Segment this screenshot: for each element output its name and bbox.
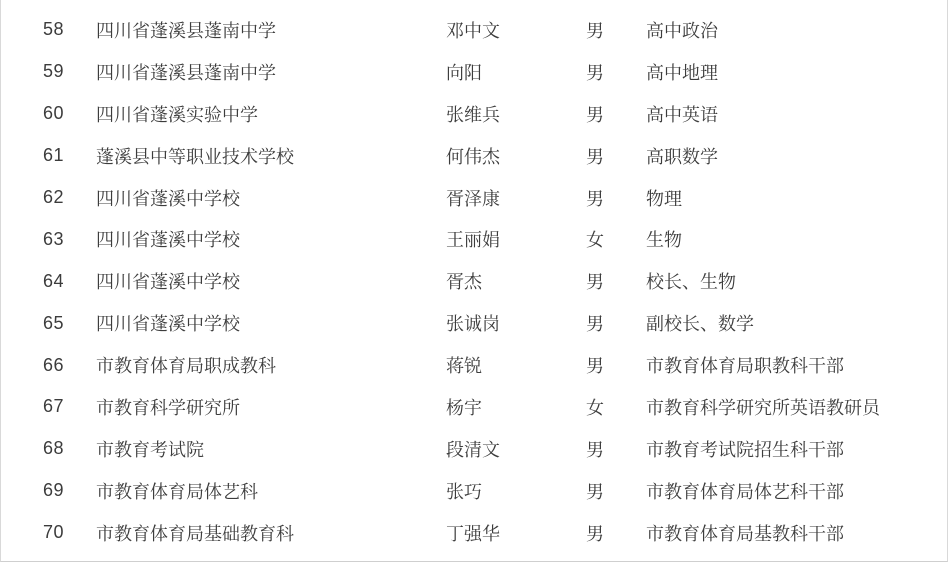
row-number-cell: 58 [43, 19, 96, 40]
gender-cell: 男 [586, 310, 646, 336]
row-number-cell: 59 [43, 61, 96, 82]
gender-cell: 男 [586, 436, 646, 462]
row-number-cell: 60 [43, 103, 96, 124]
table-row: 64 四川省蓬溪中学校 胥杰 男 校长、生物 [1, 260, 947, 302]
school-name-cell: 四川省蓬溪县蓬南中学 [96, 17, 446, 43]
table-row: 63 四川省蓬溪中学校 王丽娟 女 生物 [1, 218, 947, 260]
school-name-cell: 市教育科学研究所 [96, 394, 446, 420]
row-number-cell: 67 [43, 396, 96, 417]
roster-document-page: 58 四川省蓬溪县蓬南中学 邓中文 男 高中政治 59 四川省蓬溪县蓬南中学 向… [0, 0, 948, 562]
gender-cell: 男 [586, 185, 646, 211]
row-number-cell: 68 [43, 438, 96, 459]
school-name-cell: 四川省蓬溪中学校 [96, 310, 446, 336]
table-row: 66 市教育体育局职成教科 蒋锐 男 市教育体育局职教科干部 [1, 344, 947, 386]
row-number-cell: 61 [43, 145, 96, 166]
position-cell: 生物 [646, 226, 947, 252]
school-name-cell: 四川省蓬溪县蓬南中学 [96, 59, 446, 85]
position-cell: 市教育科学研究所英语教研员 [646, 394, 947, 420]
table-row: 68 市教育考试院 段清文 男 市教育考试院招生科干部 [1, 428, 947, 470]
gender-cell: 女 [586, 394, 646, 420]
position-cell: 校长、生物 [646, 268, 947, 294]
position-cell: 市教育考试院招生科干部 [646, 436, 947, 462]
gender-cell: 男 [586, 17, 646, 43]
row-number-cell: 62 [43, 187, 96, 208]
school-name-cell: 市教育考试院 [96, 436, 446, 462]
table-row: 67 市教育科学研究所 杨宇 女 市教育科学研究所英语教研员 [1, 386, 947, 428]
table-row: 59 四川省蓬溪县蓬南中学 向阳 男 高中地理 [1, 51, 947, 93]
gender-cell: 男 [586, 268, 646, 294]
table-row: 65 四川省蓬溪中学校 张诚岗 男 副校长、数学 [1, 302, 947, 344]
person-name-cell: 何伟杰 [446, 143, 586, 169]
gender-cell: 女 [586, 226, 646, 252]
row-number-cell: 63 [43, 229, 96, 250]
school-name-cell: 市教育体育局职成教科 [96, 352, 446, 378]
person-name-cell: 张巧 [446, 478, 586, 504]
position-cell: 高中英语 [646, 101, 947, 127]
position-cell: 高中政治 [646, 17, 947, 43]
position-cell: 高职数学 [646, 143, 947, 169]
position-cell: 市教育体育局职教科干部 [646, 352, 947, 378]
school-name-cell: 蓬溪县中等职业技术学校 [96, 143, 446, 169]
gender-cell: 男 [586, 143, 646, 169]
table-row: 58 四川省蓬溪县蓬南中学 邓中文 男 高中政治 [1, 9, 947, 51]
person-name-cell: 张维兵 [446, 101, 586, 127]
school-name-cell: 四川省蓬溪实验中学 [96, 101, 446, 127]
roster-table-body: 58 四川省蓬溪县蓬南中学 邓中文 男 高中政治 59 四川省蓬溪县蓬南中学 向… [1, 9, 947, 554]
school-name-cell: 市教育体育局基础教育科 [96, 520, 446, 546]
person-name-cell: 胥泽康 [446, 185, 586, 211]
row-number-cell: 70 [43, 522, 96, 543]
person-name-cell: 胥杰 [446, 268, 586, 294]
position-cell: 高中地理 [646, 59, 947, 85]
position-cell: 市教育体育局体艺科干部 [646, 478, 947, 504]
person-name-cell: 王丽娟 [446, 226, 586, 252]
person-name-cell: 杨宇 [446, 394, 586, 420]
table-row: 69 市教育体育局体艺科 张巧 男 市教育体育局体艺科干部 [1, 470, 947, 512]
person-name-cell: 邓中文 [446, 17, 586, 43]
school-name-cell: 四川省蓬溪中学校 [96, 226, 446, 252]
person-name-cell: 向阳 [446, 59, 586, 85]
gender-cell: 男 [586, 101, 646, 127]
person-name-cell: 张诚岗 [446, 310, 586, 336]
gender-cell: 男 [586, 352, 646, 378]
gender-cell: 男 [586, 520, 646, 546]
school-name-cell: 四川省蓬溪中学校 [96, 185, 446, 211]
row-number-cell: 64 [43, 271, 96, 292]
position-cell: 副校长、数学 [646, 310, 947, 336]
table-row: 61 蓬溪县中等职业技术学校 何伟杰 男 高职数学 [1, 135, 947, 177]
school-name-cell: 四川省蓬溪中学校 [96, 268, 446, 294]
row-number-cell: 65 [43, 313, 96, 334]
table-row: 60 四川省蓬溪实验中学 张维兵 男 高中英语 [1, 93, 947, 135]
person-name-cell: 丁强华 [446, 520, 586, 546]
position-cell: 市教育体育局基教科干部 [646, 520, 947, 546]
gender-cell: 男 [586, 478, 646, 504]
table-row: 62 四川省蓬溪中学校 胥泽康 男 物理 [1, 177, 947, 219]
row-number-cell: 69 [43, 480, 96, 501]
row-number-cell: 66 [43, 355, 96, 376]
position-cell: 物理 [646, 185, 947, 211]
gender-cell: 男 [586, 59, 646, 85]
person-name-cell: 蒋锐 [446, 352, 586, 378]
person-name-cell: 段清文 [446, 436, 586, 462]
school-name-cell: 市教育体育局体艺科 [96, 478, 446, 504]
table-row: 70 市教育体育局基础教育科 丁强华 男 市教育体育局基教科干部 [1, 512, 947, 554]
